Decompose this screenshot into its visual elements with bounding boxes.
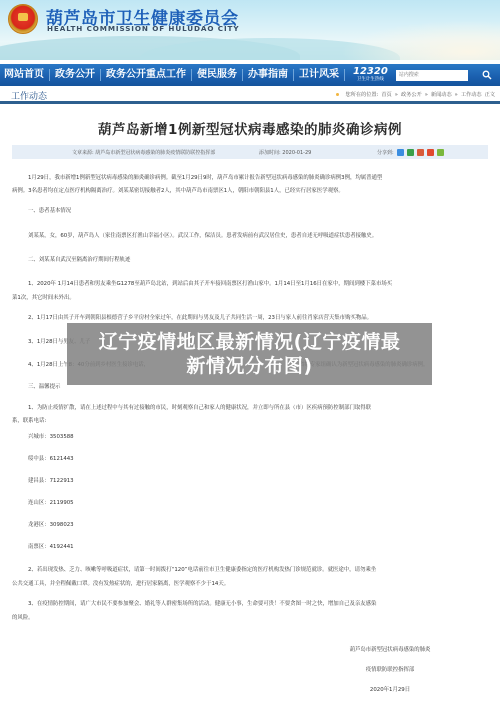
phone-area: 绥中县 (28, 456, 44, 462)
phone-number: 7122913 (50, 478, 74, 484)
headline-overlay: 辽宁疫情地区最新情况(辽宁疫情最 新情况分布图) (67, 323, 432, 385)
signature-org-1: 葫芦岛市新型冠状病毒感染的肺炎 (300, 645, 480, 653)
section-bar: 工作动态 您所在的位置: 首页» 政务公开» 新闻动态» 工作动态 正文 (0, 86, 500, 104)
breadcrumb-news[interactable]: 新闻动态 (431, 91, 452, 98)
search-input[interactable] (396, 70, 468, 81)
share-renren-icon[interactable] (417, 149, 424, 156)
search-button[interactable] (480, 68, 494, 82)
phone-number: 3098023 (50, 522, 74, 528)
section-title: 工作动态 (11, 89, 47, 102)
source-value: 葫芦岛市新型冠状病毒感染的肺炎疫情联防联控指挥部 (95, 150, 215, 156)
paragraph-intro-2: 病例。3名患者均在定点医疗机构隔离治疗。刘某某密切接触者2人，其中葫芦岛市南票区… (12, 185, 488, 198)
share-bar: 分享到: (377, 149, 444, 156)
article-title: 葫芦岛新增1例新型冠状病毒感染的肺炎确诊病例 (0, 118, 500, 138)
heading-track: 二、刘某某自武汉至隔离治疗期间行程轨迹 (12, 254, 488, 267)
hotline-badge[interactable]: 12320 卫生计生热线 (353, 67, 388, 83)
nav-gov-key-work[interactable]: 政务公开重点工作 (101, 69, 192, 81)
phone-row: 龙港区：3098023 (28, 521, 74, 543)
paragraph-tip-1b: 系，联系电话: (12, 415, 488, 428)
breadcrumb-current: 正文 (485, 91, 495, 98)
phone-row: 南票区：4192441 (28, 543, 74, 565)
site-banner: 葫芦岛市卫生健康委员会 HEALTH COMMISSION OF HULUDAO… (0, 0, 500, 60)
time-label: 添加时间: (259, 150, 281, 156)
source-label: 文章来源: (72, 150, 94, 156)
breadcrumb-work[interactable]: 工作动态 (461, 91, 482, 98)
phone-area: 连山区 (28, 500, 44, 506)
paragraph-track-1b: 菜1次，其它时间未外出。 (12, 292, 488, 305)
breadcrumb-prefix: 您所在的位置: (345, 91, 378, 98)
phone-row: 兴城市：3503588 (28, 433, 74, 455)
heading-patient-info: 一、患者基本情况 (12, 205, 488, 218)
nav-showcase[interactable]: 卫计风采 (294, 69, 345, 81)
phone-area: 兴城市 (28, 434, 44, 440)
signature-date: 2020年1月29日 (300, 685, 480, 693)
national-emblem-icon[interactable] (8, 4, 38, 34)
phone-number: 4192441 (50, 544, 74, 550)
bullet-icon (336, 93, 339, 96)
paragraph-patient: 刘某某，女，60岁，葫芦岛人（家住南票区打渔山幸福小区）。武汉工作，保洁员。患者… (12, 230, 488, 243)
article-meta: 文章来源: 葫芦岛市新型冠状病毒感染的肺炎疫情联防联控指挥部 添加时间: 202… (12, 145, 488, 159)
breadcrumb-home[interactable]: 首页 (381, 91, 391, 98)
paragraph-tip-3a: 3、在疫情防控期间，请广大市民不要参加聚会、婚礼等人群密集场所的活动。健康无小事… (12, 598, 488, 611)
paragraph-tip-1a: 1、为防止疫情扩散，请在上述过程中与其有过接触的市民，时刻观察自己和家人的健康状… (12, 402, 488, 415)
paragraph-tip-2b: 公共交通工具，并全程佩戴口罩。没有发热症状的，进行居家隔离，医学观察不少于14天… (12, 578, 488, 591)
main-nav: 网站首页 政务公开 政务公开重点工作 便民服务 办事指南 卫计风采 12320 … (0, 64, 500, 86)
share-more-icon[interactable] (437, 149, 444, 156)
paragraph-tip-2a: 2、若出现发热、乏力、咳嗽等呼吸道症状，请第一时间拨打“120”电话前往市卫生健… (12, 564, 488, 577)
banner-glow (340, 20, 500, 60)
breadcrumb-gov[interactable]: 政务公开 (401, 91, 422, 98)
time-value: 2020-01-29 (282, 150, 311, 156)
breadcrumb: 您所在的位置: 首页» 政务公开» 新闻动态» 工作动态 正文 (336, 91, 495, 98)
nav-guide[interactable]: 办事指南 (243, 69, 294, 81)
share-wechat-icon[interactable] (407, 149, 414, 156)
overlay-line-1: 辽宁疫情地区最新情况(辽宁疫情最 (99, 330, 401, 354)
phone-row: 建昌县：7122913 (28, 477, 74, 499)
nav-public-service[interactable]: 便民服务 (192, 69, 243, 81)
paragraph-intro-1: 1月29日，我市新增1例新型冠状病毒感染的肺炎确诊病例。截至1月29日9时，葫芦… (12, 172, 488, 185)
article-time: 添加时间: 2020-01-29 (259, 149, 311, 156)
share-qzone-icon[interactable] (397, 149, 404, 156)
phone-number: 6121443 (50, 456, 74, 462)
phone-area: 龙港区 (28, 522, 44, 528)
share-label: 分享到: (377, 149, 394, 156)
article-source: 文章来源: 葫芦岛市新型冠状病毒感染的肺炎疫情联防联控指挥部 (72, 149, 215, 156)
phone-area: 建昌县 (28, 478, 44, 484)
paragraph-tip-3b: 的风险。 (12, 612, 488, 625)
hotline-number: 12320 (353, 67, 388, 77)
phone-list: 兴城市：3503588 绥中县：6121443 建昌县：7122913 连山区：… (28, 433, 74, 565)
hotline-label: 卫生计生热线 (357, 77, 384, 83)
phone-area: 南票区 (28, 544, 44, 550)
nav-home[interactable]: 网站首页 (0, 69, 50, 81)
signature-org-2: 疫情联防联控指挥部 (300, 665, 480, 673)
site-subtitle: HEALTH COMMISSION OF HULUDAO CITY (47, 24, 239, 33)
paragraph-track-1a: 1、2020年 1月14日患者和男友乘坐G1278至葫芦岛北站，到站后由其子开车… (12, 278, 488, 291)
phone-number: 2119905 (50, 500, 74, 506)
search-icon (482, 70, 492, 80)
phone-row: 绥中县：6121443 (28, 455, 74, 477)
phone-number: 3503588 (50, 434, 74, 440)
phone-row: 连山区：2119905 (28, 499, 74, 521)
overlay-line-2: 新情况分布图) (186, 354, 312, 378)
nav-gov-affairs[interactable]: 政务公开 (50, 69, 101, 81)
share-weibo-icon[interactable] (427, 149, 434, 156)
